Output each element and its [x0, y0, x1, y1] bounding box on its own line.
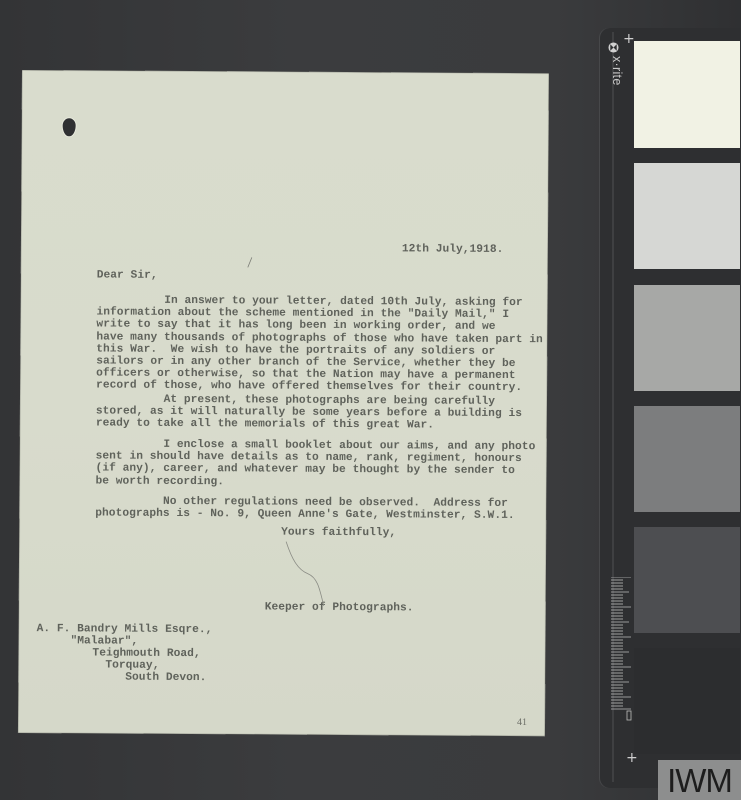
salutation: Dear Sir, [97, 269, 158, 282]
text-line: photographs is - No. 9, Queen Anne's Gat… [95, 508, 514, 523]
addressee-line: "Malabar", [70, 635, 138, 648]
ruler-scale [609, 577, 633, 722]
color-patch-black [634, 648, 740, 754]
paragraph-4: No other regulations need be observed. A… [95, 495, 514, 522]
text-line: record of those, who have offered themse… [96, 380, 542, 395]
addressee-line: South Devon. [125, 672, 206, 685]
letter-date: 12th July,1918. [402, 243, 504, 256]
xrite-logo-icon [608, 42, 619, 53]
color-patch-dark-gray [634, 527, 740, 633]
paragraph-1: In answer to your letter, dated 10th Jul… [96, 294, 543, 394]
letter-page: 12th July,1918. Dear Sir, In answer to y… [18, 70, 549, 736]
pencil-stroke [284, 540, 334, 610]
iwm-watermark: IWM [658, 760, 741, 800]
addressee-line: A. F. Bandry Mills Esqre., [37, 623, 213, 636]
color-patch-gray [634, 406, 740, 512]
closing: Yours faithfully, [281, 527, 396, 540]
color-patch-mid-gray [634, 285, 740, 391]
color-patch-white [634, 41, 740, 148]
paragraph-2: At present, these photographs are being … [96, 393, 522, 432]
addressee-line: Torquay, [105, 660, 159, 673]
crosshair-icon: + [623, 32, 635, 46]
paragraph-3: I enclose a small booklet about our aims… [95, 438, 535, 489]
pencil-mark [246, 256, 254, 268]
punch-hole [63, 118, 76, 136]
chart-brand: x·rite [604, 56, 624, 116]
addressee-line: Teighmouth Road, [92, 647, 200, 660]
color-patch-light-gray [634, 163, 740, 269]
text-line: ready to take all the memorials of this … [96, 418, 522, 433]
page-number: 41 [517, 717, 527, 728]
